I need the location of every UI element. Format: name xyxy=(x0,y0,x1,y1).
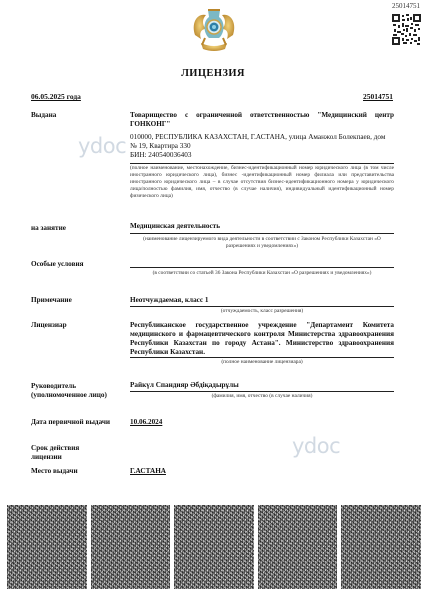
divider xyxy=(130,267,394,268)
license-date: 06.05.2025 года xyxy=(31,92,81,101)
validity-label: Срок действия лицензии xyxy=(31,444,79,462)
first-issue-date-label: Дата первичной выдачи xyxy=(31,418,110,427)
barcode-icon xyxy=(7,505,87,589)
first-issue-date-value: 10.06.2024 xyxy=(130,418,162,427)
issued-to-hint: (полное наименование, местонахождение, б… xyxy=(130,165,394,200)
special-conditions-label: Особые условия xyxy=(31,260,84,269)
activity-value: Медицинская деятельность xyxy=(130,222,394,231)
divider xyxy=(130,306,394,307)
note-value: Неотчуждаемая, класс 1 xyxy=(130,296,394,305)
head-hint: (фамилия, имя, отчество (в случае наличи… xyxy=(130,393,394,400)
watermark: ydoc xyxy=(78,134,126,158)
special-conditions-hint: (в соответствии со статьей 36 Закона Рес… xyxy=(142,270,382,277)
issued-to-name: Товарищество с ограниченной ответственно… xyxy=(130,111,394,129)
validity-label-line1: Срок действия xyxy=(31,444,79,453)
barcode-icon xyxy=(174,505,254,589)
barcode-icon xyxy=(91,505,171,589)
licensor-hint: (полное наименование лицензиара) xyxy=(130,359,394,366)
divider xyxy=(130,357,394,358)
issued-to-address: 010000, РЕСПУБЛИКА КАЗАХСТАН, Г.АСТАНА, … xyxy=(130,133,394,151)
note-hint: (отчуждаемость, класс разрешения) xyxy=(130,308,394,315)
state-emblem-icon xyxy=(189,5,239,53)
qr-code-icon xyxy=(392,14,421,45)
barcode-icon xyxy=(258,505,338,589)
issued-to-label: Выдана xyxy=(31,111,56,120)
validity-label-line2: лицензии xyxy=(31,453,79,462)
document-number-top: 25014751 xyxy=(392,2,420,10)
license-number: 25014751 xyxy=(363,92,393,101)
note-label: Примечание xyxy=(31,296,72,305)
head-label-line2: (уполномоченное лицо) xyxy=(31,391,107,400)
divider xyxy=(130,391,394,392)
head-label: Руководитель (уполномоченное лицо) xyxy=(31,382,107,400)
barcode-strip xyxy=(7,505,421,589)
activity-hint: (наименование лицензируемого вида деятел… xyxy=(142,236,382,250)
place-of-issue-label: Место выдачи xyxy=(31,467,78,476)
activity-label: на занятие xyxy=(31,224,66,233)
document-title: ЛИЦЕНЗИЯ xyxy=(0,68,426,79)
barcode-icon xyxy=(341,505,421,589)
divider xyxy=(130,163,394,164)
place-of-issue-value: Г.АСТАНА xyxy=(130,467,166,476)
issued-to-bin: БИН: 240540036403 xyxy=(130,151,394,160)
licensor-label: Лицензиар xyxy=(31,321,67,330)
head-value: Райкүл Спандияр Әбдіқадырұлы xyxy=(130,381,394,390)
watermark: ydoc xyxy=(292,434,340,458)
head-label-line1: Руководитель xyxy=(31,382,107,391)
divider xyxy=(130,233,394,234)
licensor-value: Республиканское государственное учрежден… xyxy=(130,321,394,357)
